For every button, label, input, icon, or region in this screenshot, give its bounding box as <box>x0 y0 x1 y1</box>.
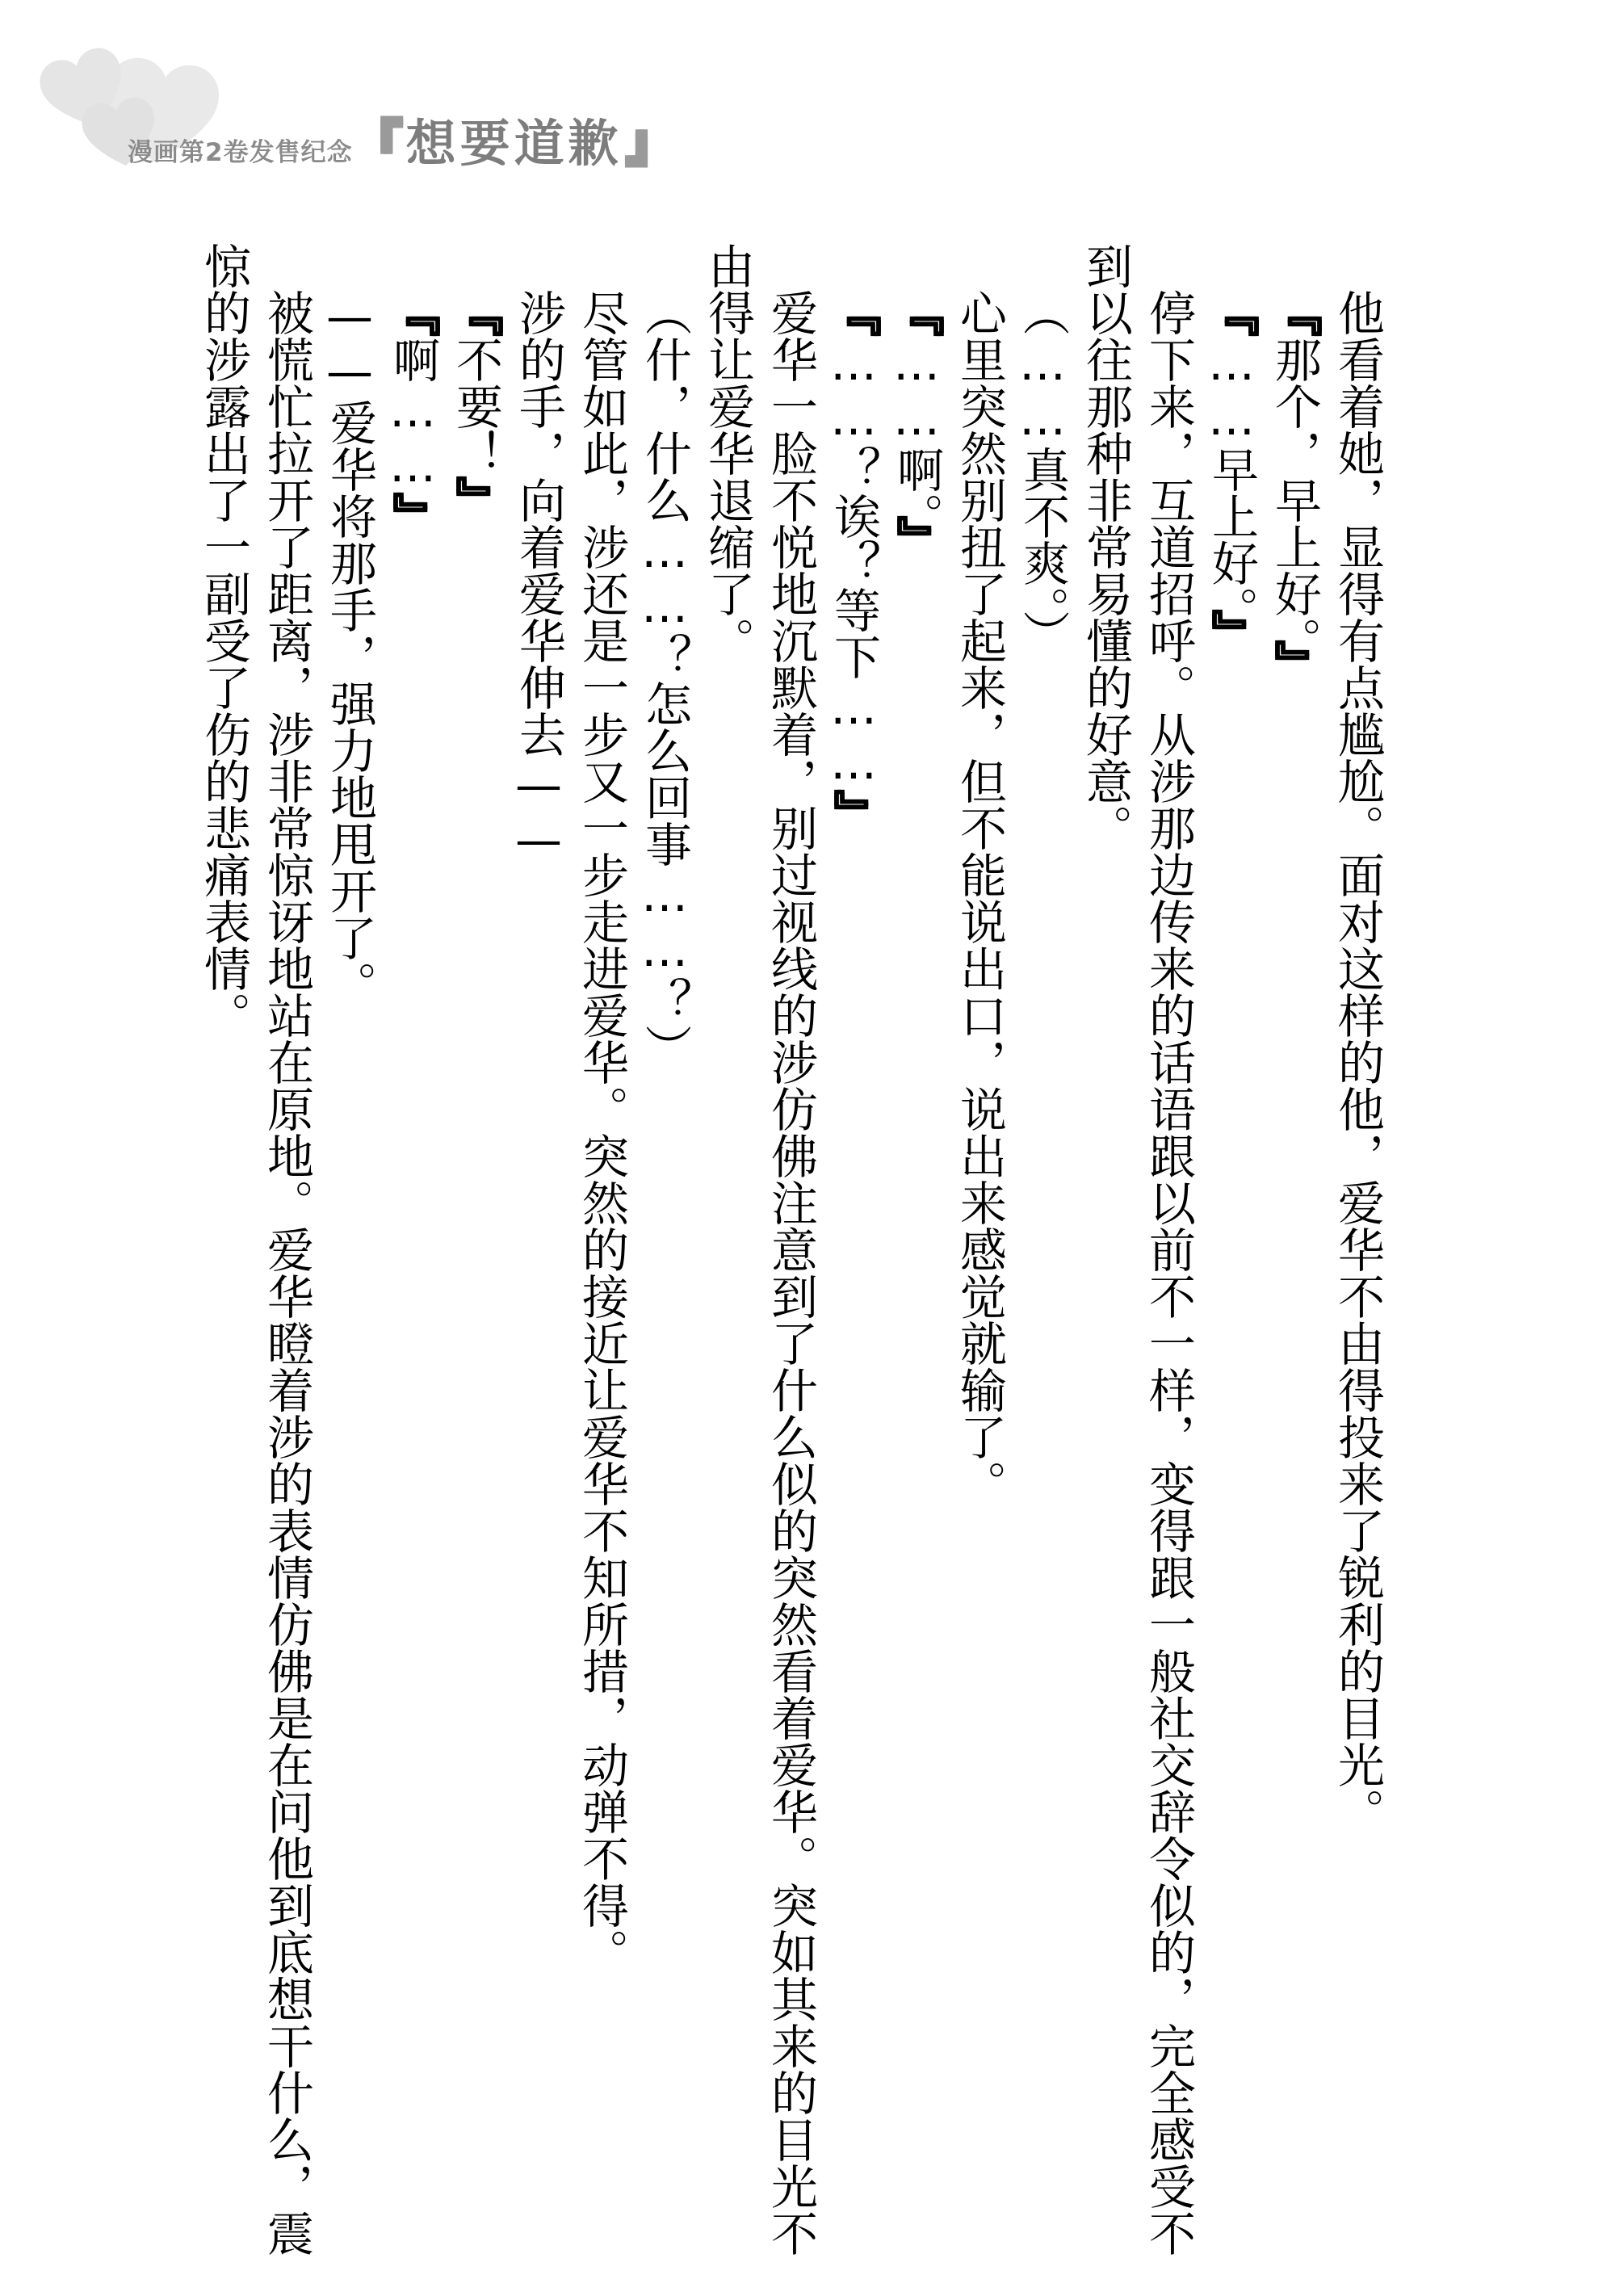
paragraph: 被慌忙拉开了距离，涉非常惊讶地站在原地。爱华瞪着涉的表情仿佛是在问他到底想干什么… <box>192 242 318 2261</box>
page-title: 想要道歉 <box>406 114 623 173</box>
quote-bracket-icon: 』 <box>889 516 944 563</box>
paragraph: 『……早上好。』 <box>1200 242 1263 2261</box>
paragraph: 『那个，早上好。』 <box>1263 242 1326 2261</box>
paragraph: 『……？诶？等下……』 <box>822 242 885 2261</box>
quote-bracket-icon: 』 <box>385 493 440 539</box>
paragraph: 尽管如此，涉还是一步又一步走进爱华。突然的接近让爱华不知所措，动弹不得。 <box>570 242 633 2261</box>
header-title-line: 漫画第2卷发售纪念『想要道歉』 <box>128 103 676 175</box>
quote-bracket-icon: 』 <box>448 476 503 523</box>
paragraph: 心里突然别扭了起来，但不能说出口，说出来感觉就输了。 <box>948 242 1011 2261</box>
quote-bracket-icon: 『 <box>889 289 944 336</box>
title-open-bracket-icon: 『 <box>353 114 403 173</box>
paragraph: （……真不爽。） <box>1011 242 1074 2261</box>
page-header: 漫画第2卷发售纪念『想要道歉』 <box>0 0 807 194</box>
paragraph: 涉的手，向着爱华伸去—— <box>507 242 570 2261</box>
paragraph: 爱华一脸不悦地沉默着，别过视线的涉仿佛注意到了什么似的突然看着爱华。突如其来的目… <box>696 242 822 2261</box>
quote-bracket-icon: 『 <box>1267 289 1322 336</box>
quote-bracket-icon: 』 <box>826 790 881 837</box>
paragraph: ——爱华将那手，强力地甩开了。 <box>318 242 381 2261</box>
quote-bracket-icon: 『 <box>1204 289 1259 336</box>
quote-bracket-icon: 』 <box>1204 610 1259 657</box>
novel-text: 他看着她，显得有点尴尬。面对这样的他，爱华不由得投来了锐利的目光。『那个，早上好… <box>192 242 1389 2261</box>
paragraph: 『……啊。』 <box>885 242 948 2261</box>
quote-bracket-icon: 『 <box>826 289 881 336</box>
quote-bracket-icon: 『 <box>385 289 440 336</box>
quote-bracket-icon: 』 <box>1267 640 1322 687</box>
paragraph: 『不要！』 <box>444 242 507 2261</box>
paragraph: 他看着她，显得有点尴尬。面对这样的他，爱华不由得投来了锐利的目光。 <box>1326 242 1389 2261</box>
header-prefix: 漫画第2卷发售纪念 <box>128 138 353 167</box>
paragraph: 停下来，互道招呼。从涉那边传来的话语跟以前不一样，变得跟一般社交辞令似的，完全感… <box>1074 242 1200 2261</box>
title-close-bracket-icon: 』 <box>626 114 676 173</box>
paragraph: 『啊……』 <box>381 242 444 2261</box>
quote-bracket-icon: 『 <box>448 289 503 336</box>
paragraph: （什，什么……？怎么回事……？） <box>633 242 696 2261</box>
